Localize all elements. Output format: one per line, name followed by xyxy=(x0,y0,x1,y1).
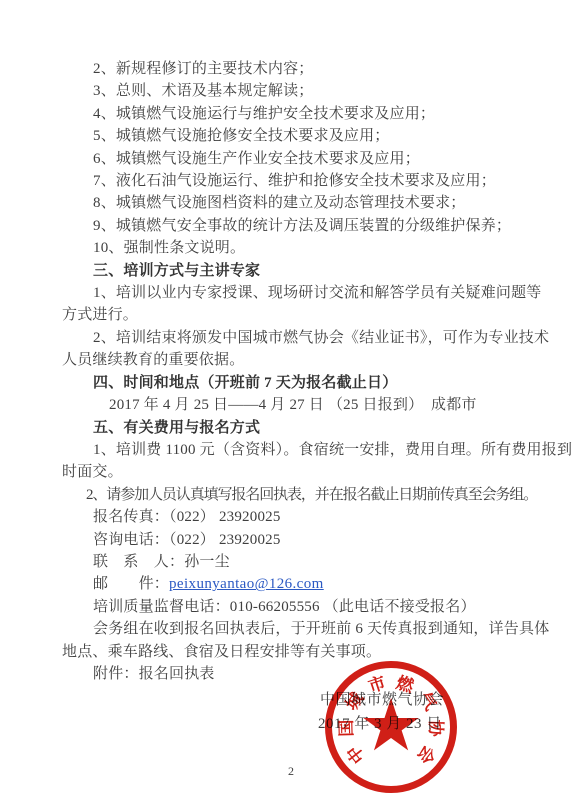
fax-line: 报名传真：（022） 23920025 xyxy=(62,506,522,528)
paragraph-line: 2、请参加人员认真填写报名回执表，并在报名截止日期前传真至会务组。 xyxy=(62,484,522,506)
paragraph-line: 时面交。 xyxy=(62,461,522,483)
list-item: 10、强制性条文说明。 xyxy=(62,237,522,259)
list-item: 6、城镇燃气设施生产作业安全技术要求及应用； xyxy=(62,148,522,170)
list-item: 9、城镇燃气安全事故的统计方法及调压装置的分级维护保养； xyxy=(62,215,522,237)
email-link[interactable]: peixunyantao@126.com xyxy=(169,576,324,592)
paragraph-line: 人员继续教育的重要依据。 xyxy=(62,349,522,371)
schedule-line: 2017 年 4 月 25 日——4 月 27 日 （25 日报到） 成都市 xyxy=(62,394,522,416)
paragraph-line: 2、培训结束将颁发中国城市燃气协会《结业证书》，可作为专业技术 xyxy=(62,327,522,349)
signature-org: 中国城市燃气协会 xyxy=(320,690,444,710)
paragraph-line: 地点、乘车路线、食宿及日程安排等有关事项。 xyxy=(62,641,522,663)
list-item: 5、城镇燃气设施抢修安全技术要求及应用； xyxy=(62,125,522,147)
section-heading: 三、培训方式与主讲专家 xyxy=(62,260,522,282)
email-label: 邮 件： xyxy=(93,576,169,592)
email-line: 邮 件：peixunyantao@126.com xyxy=(62,573,522,595)
paragraph-line: 方式进行。 xyxy=(62,304,522,326)
attachment-line: 附件：报名回执表 xyxy=(62,663,522,685)
paragraph-line: 1、培训费 1100 元（含资料）。食宿统一安排，费用自理。所有费用报到 xyxy=(62,439,522,461)
paragraph-line: 1、培训以业内专家授课、现场研讨交流和解答学员有关疑难问题等 xyxy=(62,282,522,304)
document-body: 2、新规程修订的主要技术内容；3、总则、术语及基本规定解读；4、城镇燃气设施运行… xyxy=(62,58,522,685)
section-heading: 四、时间和地点（开班前 7 天为报名截止日） xyxy=(62,372,522,394)
list-item: 4、城镇燃气设施运行与维护安全技术要求及应用； xyxy=(62,103,522,125)
list-item: 2、新规程修订的主要技术内容； xyxy=(62,58,522,80)
document-page: 2、新规程修订的主要技术内容；3、总则、术语及基本规定解读；4、城镇燃气设施运行… xyxy=(0,0,582,807)
section-heading: 五、有关费用与报名方式 xyxy=(62,417,522,439)
phone-line: 咨询电话：（022） 23920025 xyxy=(62,529,522,551)
page-number: 2 xyxy=(0,764,582,779)
list-item: 8、城镇燃气设施图档资料的建立及动态管理技术要求； xyxy=(62,192,522,214)
list-item: 3、总则、术语及基本规定解读； xyxy=(62,80,522,102)
contact-line: 联 系 人：孙一尘 xyxy=(62,551,522,573)
list-item: 7、液化石油气设施运行、维护和抢修安全技术要求及应用； xyxy=(62,170,522,192)
paragraph-line: 会务组在收到报名回执表后，于开班前 6 天传真报到通知，详告具体 xyxy=(62,618,522,640)
signature-date: 2017 年 3 月 23 日 xyxy=(318,714,442,734)
supervision-phone-line: 培训质量监督电话：010-66205556 （此电话不接受报名） xyxy=(62,596,522,618)
